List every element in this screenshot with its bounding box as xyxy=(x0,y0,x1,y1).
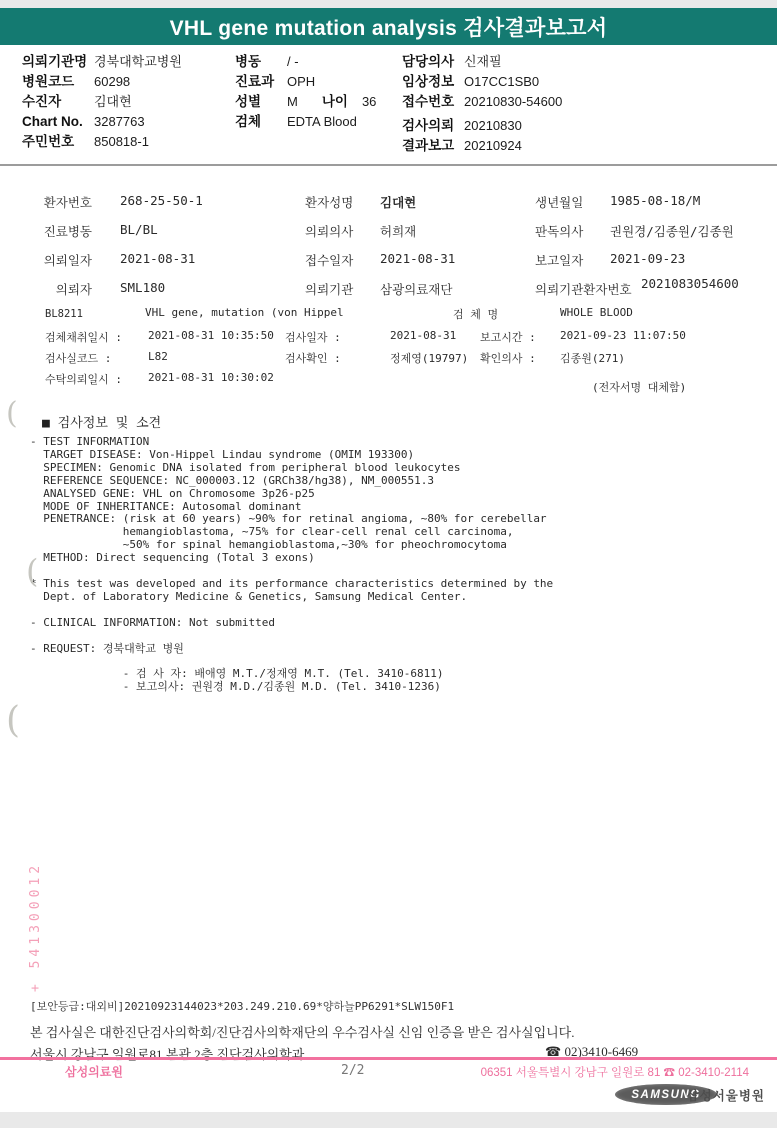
field-value: 경북대학교병원 xyxy=(94,54,182,69)
field-value: 2021-08-31 xyxy=(390,329,456,342)
field-value: WHOLE BLOOD xyxy=(560,306,633,319)
field-label: 의뢰기관환자번호 xyxy=(535,280,632,298)
header-col-middle: 병동/ - 진료과OPH 성별M나이36 검체EDTA Blood xyxy=(235,52,376,132)
table-row: 환자번호268-25-50-1 환자성명김대현 생년월일1985-08-18/M xyxy=(0,193,777,222)
field-value: 36 xyxy=(362,94,376,109)
header-field: 성별M나이36 xyxy=(235,92,376,112)
test-code: BL8211 xyxy=(45,308,83,320)
header-field: 담당의사신재필 xyxy=(402,52,562,72)
field-value: 김대현 xyxy=(380,193,416,211)
test-meta-block: BL8211 VHL gene, mutation (von Hippel 검 … xyxy=(0,306,777,396)
field-value: L82 xyxy=(148,350,168,363)
header-field: 주민번호850818-1 xyxy=(22,132,182,152)
field-label: 검사의뢰 xyxy=(402,116,464,136)
field-label: 검사실코드 : xyxy=(45,350,111,366)
scan-artifact: ( xyxy=(6,396,18,431)
field-value: 정제영(19797) xyxy=(390,350,468,366)
field-value: 20210830 xyxy=(464,118,522,133)
field-label: 검 체 명 xyxy=(453,306,498,322)
field-value: BL/BL xyxy=(120,222,158,237)
field-label: 의뢰일자 xyxy=(24,251,92,269)
header-field: 검체EDTA Blood xyxy=(235,112,376,132)
field-label: 검체 xyxy=(235,112,287,132)
field-value: 김종원(271) xyxy=(560,350,625,366)
header-field: 검사의뢰20210830 xyxy=(402,116,562,136)
header-col-left: 의뢰기관명경북대학교병원 병원코드60298 수진자김대현 Chart No.3… xyxy=(22,52,182,152)
field-label: 결과보고 xyxy=(402,136,464,156)
findings-body: - TEST INFORMATION TARGET DISEASE: Von-H… xyxy=(30,436,553,694)
field-value: 268-25-50-1 xyxy=(120,193,203,208)
field-value: 2021083054600 xyxy=(641,277,741,291)
field-label: 진료과 xyxy=(235,72,287,92)
field-label: 병원코드 xyxy=(22,72,94,92)
header-field: 진료과OPH xyxy=(235,72,376,92)
field-label: 주민번호 xyxy=(22,132,94,152)
field-label: 성별 xyxy=(235,92,287,112)
field-label: 의뢰의사 xyxy=(305,222,353,240)
field-value: 신재필 xyxy=(464,54,502,69)
field-value: 20210924 xyxy=(464,138,522,153)
hospital-address: 06351 서울특별시 강남구 일원로 81 ☎ 02-3410-2114 xyxy=(481,1064,749,1080)
field-value: 허희재 xyxy=(380,222,416,240)
field-value: 2021-08-31 10:30:02 xyxy=(148,371,274,384)
field-label: 환자성명 xyxy=(305,193,353,211)
hospital-name: 삼성서울병원 xyxy=(687,1086,765,1104)
field-value: 60298 xyxy=(94,74,130,89)
field-label: 임상정보 xyxy=(402,72,464,92)
security-classification-line: [보안등급:대외비]20210923144023*203.249.210.69*… xyxy=(30,998,454,1014)
field-value: 3287763 xyxy=(94,114,145,129)
field-value: EDTA Blood xyxy=(287,114,357,129)
field-label: 확인의사 : xyxy=(480,350,536,366)
field-value: SML180 xyxy=(120,280,165,295)
field-value: 850818-1 xyxy=(94,134,149,149)
field-value: M xyxy=(287,94,298,109)
field-label: 생년월일 xyxy=(535,193,583,211)
header-field: 수진자김대현 xyxy=(22,92,182,112)
field-label: 환자번호 xyxy=(24,193,92,211)
header-field: 임상정보O17CC1SB0 xyxy=(402,72,562,92)
scan-artifact: ( xyxy=(6,700,20,741)
footer-divider-line xyxy=(0,1057,777,1060)
field-label: 병동 xyxy=(235,52,287,72)
patient-table: 환자번호268-25-50-1 환자성명김대현 생년월일1985-08-18/M… xyxy=(0,193,777,309)
bottom-scan-strip xyxy=(0,1112,777,1128)
header-field: 접수번호20210830-54600 xyxy=(402,92,562,112)
field-label: 수탁의뢰일시 : xyxy=(45,371,122,387)
header-col-right: 담당의사신재필 임상정보O17CC1SB0 접수번호20210830-54600… xyxy=(402,52,562,156)
field-label: 의뢰기관 xyxy=(305,280,353,298)
field-label: 검체채취일시 : xyxy=(45,329,122,345)
section-divider xyxy=(0,164,777,166)
field-label: 접수일자 xyxy=(305,251,353,269)
field-value: 김대현 xyxy=(94,94,132,109)
field-label: 담당의사 xyxy=(402,52,464,72)
field-label: 나이 xyxy=(322,94,348,109)
table-row: 의뢰자SML180 의뢰기관삼광의료재단 의뢰기관환자번호20210830546… xyxy=(0,280,777,309)
field-label: 판독의사 xyxy=(535,222,583,240)
header-field: 결과보고20210924 xyxy=(402,136,562,156)
field-label: 검사일자 : xyxy=(285,329,341,345)
header-field: 의뢰기관명경북대학교병원 xyxy=(22,52,182,72)
scan-artifact: ( xyxy=(26,552,38,590)
field-label: 보고시간 : xyxy=(480,329,536,345)
field-label: 보고일자 xyxy=(535,251,583,269)
field-label: 검사확인 : xyxy=(285,350,341,366)
field-value: 삼광의료재단 xyxy=(380,280,452,298)
field-value: 권원경/김종원/김종원 xyxy=(610,222,734,240)
top-scan-strip xyxy=(0,0,777,8)
page-number: 2/2 xyxy=(341,1063,364,1078)
field-value: 2021-08-31 xyxy=(380,251,455,266)
header-field: 병원코드60298 xyxy=(22,72,182,92)
field-label: 의뢰자 xyxy=(24,280,92,298)
lab-certification-text: 본 검사실은 대한진단검사의학회/진단검사의학재단의 우수검사실 신임 인증을 … xyxy=(30,1022,575,1041)
field-value: 2021-09-23 11:07:50 xyxy=(560,329,686,342)
field-label: Chart No. xyxy=(22,112,94,132)
header-field: Chart No.3287763 xyxy=(22,112,182,132)
field-value: 2021-09-23 xyxy=(610,251,685,266)
field-value: 20210830-54600 xyxy=(464,94,562,109)
brand-name: 삼성의료원 xyxy=(65,1063,123,1080)
esignature-note: (전자서명 대체함) xyxy=(592,379,686,395)
header-field: 병동/ - xyxy=(235,52,376,72)
findings-section-title: ■ 검사정보 및 소견 xyxy=(42,412,161,431)
report-page: VHL gene mutation analysis 검사결과보고서 의뢰기관명… xyxy=(0,0,777,1128)
field-value: 2021-08-31 xyxy=(120,251,195,266)
field-label: 접수번호 xyxy=(402,92,464,112)
field-value: / - xyxy=(287,54,299,69)
page-title: VHL gene mutation analysis 검사결과보고서 xyxy=(170,12,608,42)
lab-address: 서울시 강남구 일원로81 본관 2층 진단검사의학과 xyxy=(30,1044,304,1063)
field-label: 의뢰기관명 xyxy=(22,52,94,72)
field-label: 진료병동 xyxy=(24,222,92,240)
field-value: OPH xyxy=(287,74,315,89)
vertical-accession-code: + 541300012 xyxy=(28,852,42,1002)
report-title-bar: VHL gene mutation analysis 검사결과보고서 xyxy=(0,8,777,45)
field-value: O17CC1SB0 xyxy=(464,74,539,89)
table-row: 진료병동BL/BL 의뢰의사허희재 판독의사권원경/김종원/김종원 xyxy=(0,222,777,251)
field-value: 1985-08-18/M xyxy=(610,193,700,208)
field-label: 수진자 xyxy=(22,92,94,112)
field-value: 2021-08-31 10:35:50 xyxy=(148,329,274,342)
test-name: VHL gene, mutation (von Hippel xyxy=(145,306,344,319)
